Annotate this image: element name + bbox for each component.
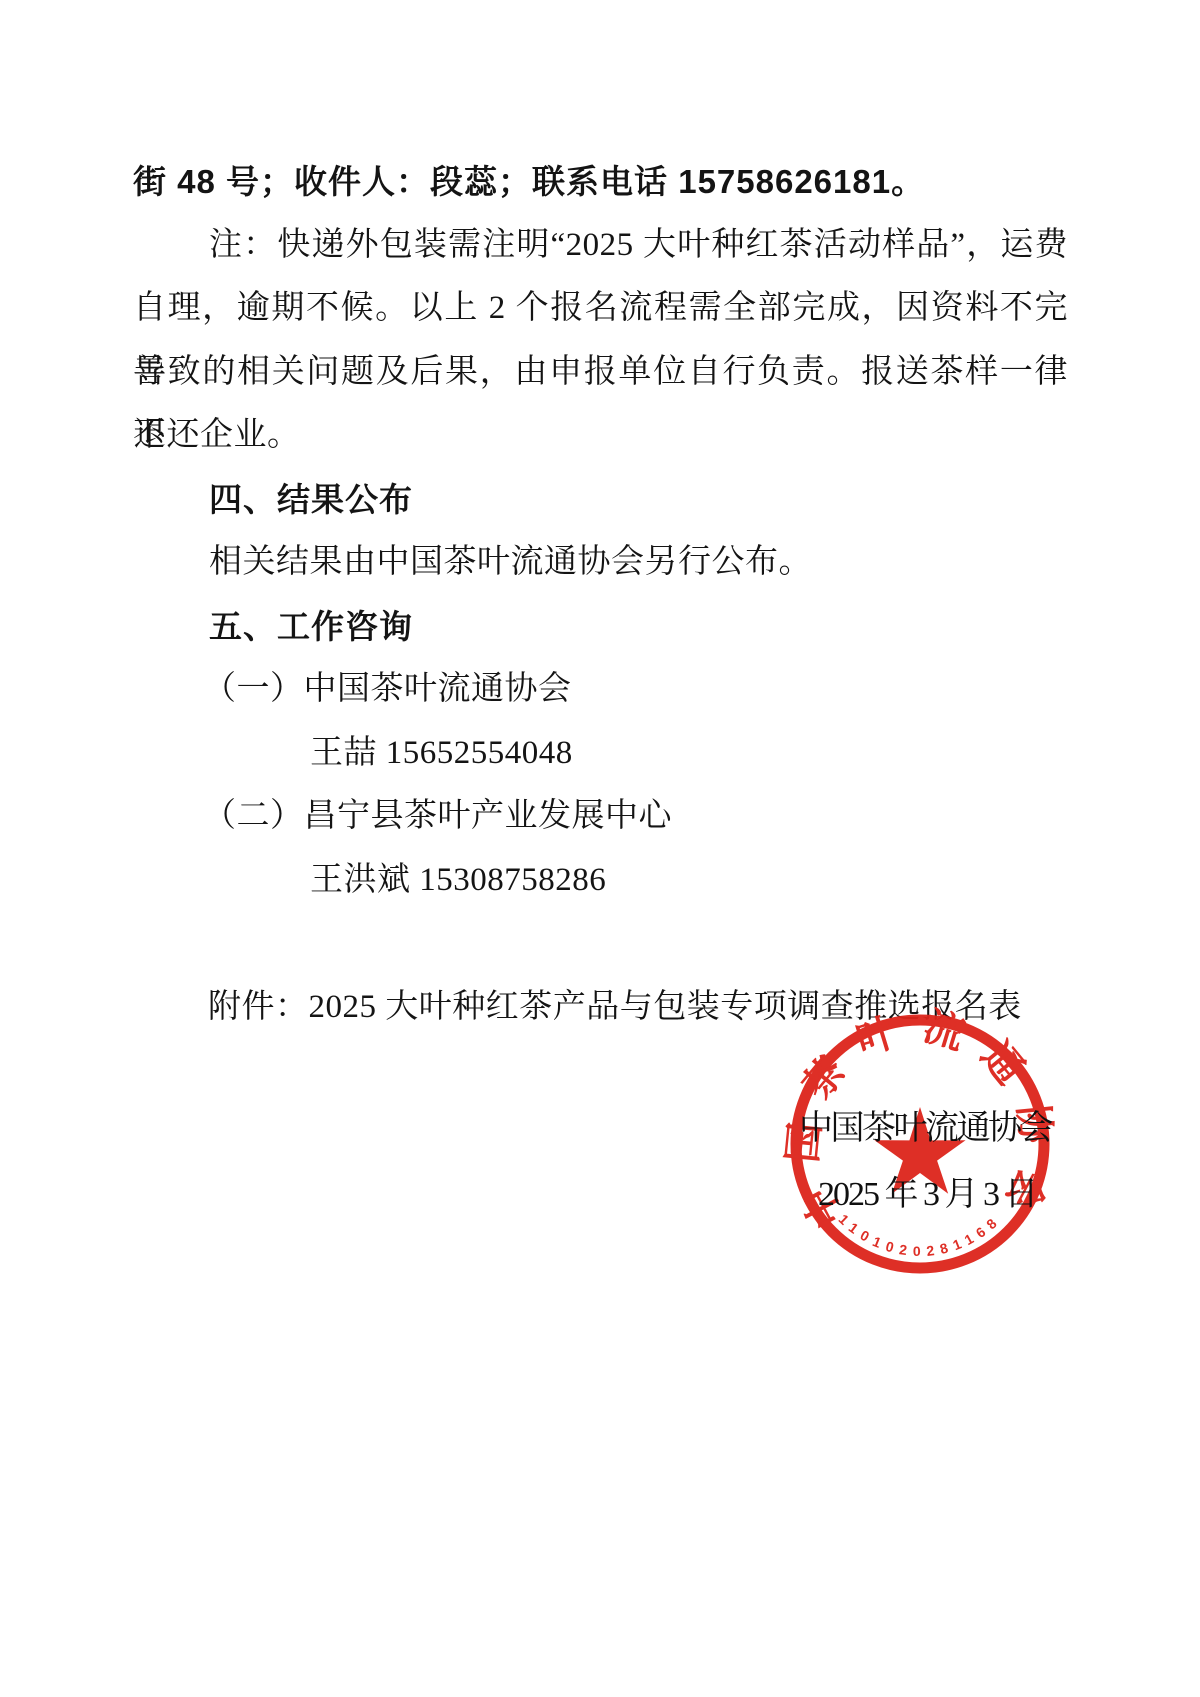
- contact-org-2: （二）昌宁县茶叶产业发展中心: [133, 785, 1068, 849]
- body-line-note: 注：快递外包装需注明“2025 大叶种红茶活动样品”，运费: [133, 214, 1068, 278]
- body-line: 自理，逾期不候。以上 2 个报名流程需全部完成，因资料不完善: [133, 277, 1068, 341]
- section-heading-results: 四、结果公布: [133, 468, 1068, 532]
- contact-person-1: 王喆 15652554048: [133, 722, 1068, 786]
- contact-org-1: （一）中国茶叶流通协会: [133, 658, 1068, 722]
- signature-org-name: 中国茶叶流通协会: [799, 1100, 1059, 1149]
- body-line-address: 街 48 号；收件人：段蕊；联系电话 15758626181。: [133, 150, 1068, 214]
- document-page: 街 48 号；收件人：段蕊；联系电话 15758626181。 注：快递外包装需…: [0, 0, 1200, 1697]
- contact-person-2: 王洪斌 15308758286: [133, 849, 1068, 913]
- body-line: 相关结果由中国茶叶流通协会另行公布。: [133, 531, 1068, 595]
- document-body: 街 48 号；收件人：段蕊；联系电话 15758626181。 注：快递外包装需…: [133, 150, 1068, 1039]
- body-line: 导致的相关问题及后果，由申报单位自行负责。报送茶样一律不: [133, 341, 1068, 405]
- blank-line: [133, 912, 1068, 976]
- body-line: 退还企业。: [133, 404, 1068, 468]
- signature-date: 2025 年 3 月 3 日: [818, 1166, 1058, 1215]
- section-heading-contact: 五、工作咨询: [133, 595, 1068, 659]
